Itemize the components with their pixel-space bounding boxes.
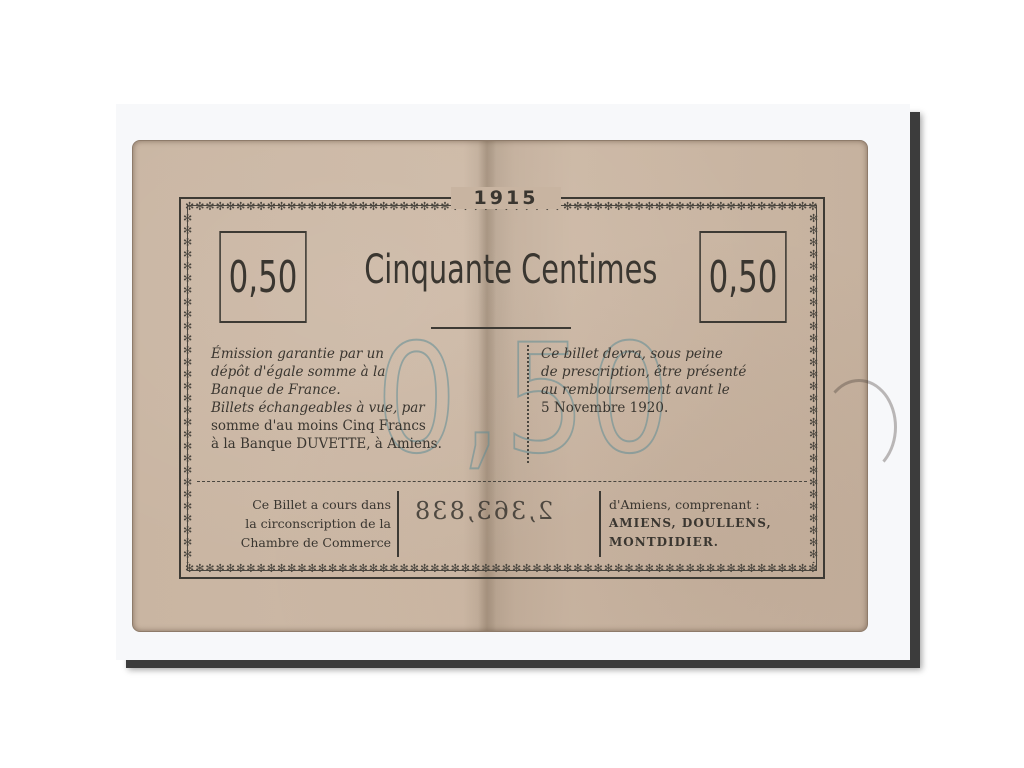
redemption-text: Ce billet devra, sous peine de prescript… xyxy=(541,345,801,417)
redemption-line: de prescription, être présenté xyxy=(541,363,801,381)
guarantee-text: Émission garantie par un dépôt d'égale s… xyxy=(211,345,493,453)
circulation-line: Ce Billet a cours dans xyxy=(211,495,391,514)
exchange-line: Billets échangeables à vue, par xyxy=(211,399,493,417)
circulation-text: Ce Billet a cours dans la circonscriptio… xyxy=(211,495,391,552)
serial-number: 2,363,838 xyxy=(413,497,553,525)
redemption-line: au remboursement avant le xyxy=(541,381,801,399)
chamber-intro: d'Amiens, comprenant : xyxy=(609,495,809,514)
towns-line: AMIENS, DOULLENS, xyxy=(609,514,809,533)
serial-divider-left xyxy=(397,491,399,557)
guarantee-line: dépôt d'égale somme à la xyxy=(211,363,493,381)
circulation-line: la circonscription de la xyxy=(211,514,391,533)
rosette-border-right: ✻✻✻✻✻✻✻✻✻✻✻✻✻✻✻✻✻✻✻✻✻✻✻✻✻✻✻✻✻✻ xyxy=(809,213,821,563)
exchange-line: somme d'au moins Cinq Francs xyxy=(211,417,493,435)
faded-stamp xyxy=(821,379,897,475)
denomination-box-left: 0,50 xyxy=(219,231,306,323)
expiry-date: 5 Novembre 1920. xyxy=(541,399,801,417)
chamber-towns: d'Amiens, comprenant : AMIENS, DOULLENS,… xyxy=(609,495,809,552)
serial-divider-right xyxy=(599,491,601,557)
ornamental-frame: ✻✻✻✻✻✻✻✻✻✻✻✻✻✻✻✻✻✻✻✻✻✻✻✻✻✻✻✻✻✻✻✻✻✻✻✻✻✻✻✻… xyxy=(179,197,825,579)
issue-year: 1915 xyxy=(451,187,561,209)
center-divider xyxy=(527,345,529,463)
banknote: ✻✻✻✻✻✻✻✻✻✻✻✻✻✻✻✻✻✻✻✻✻✻✻✻✻✻✻✻✻✻✻✻✻✻✻✻✻✻✻✻… xyxy=(132,140,868,632)
redemption-line: Ce billet devra, sous peine xyxy=(541,345,801,363)
circulation-line: Chambre de Commerce xyxy=(211,533,391,552)
exchange-line: à la Banque DUVETTE, à Amiens. xyxy=(211,435,493,453)
denomination-box-right: 0,50 xyxy=(699,231,786,323)
denomination-title: Cinquante Centimes xyxy=(364,247,638,293)
rosette-border-bottom: ✻✻✻✻✻✻✻✻✻✻✻✻✻✻✻✻✻✻✻✻✻✻✻✻✻✻✻✻✻✻✻✻✻✻✻✻✻✻✻✻… xyxy=(185,563,819,575)
rosette-border-left: ✻✻✻✻✻✻✻✻✻✻✻✻✻✻✻✻✻✻✻✻✻✻✻✻✻✻✻✻✻✻ xyxy=(183,213,195,563)
bottom-divider xyxy=(197,481,807,482)
guarantee-line: Banque de France. xyxy=(211,381,493,399)
towns-line: MONTDIDIER. xyxy=(609,533,809,552)
guarantee-line: Émission garantie par un xyxy=(211,345,493,363)
